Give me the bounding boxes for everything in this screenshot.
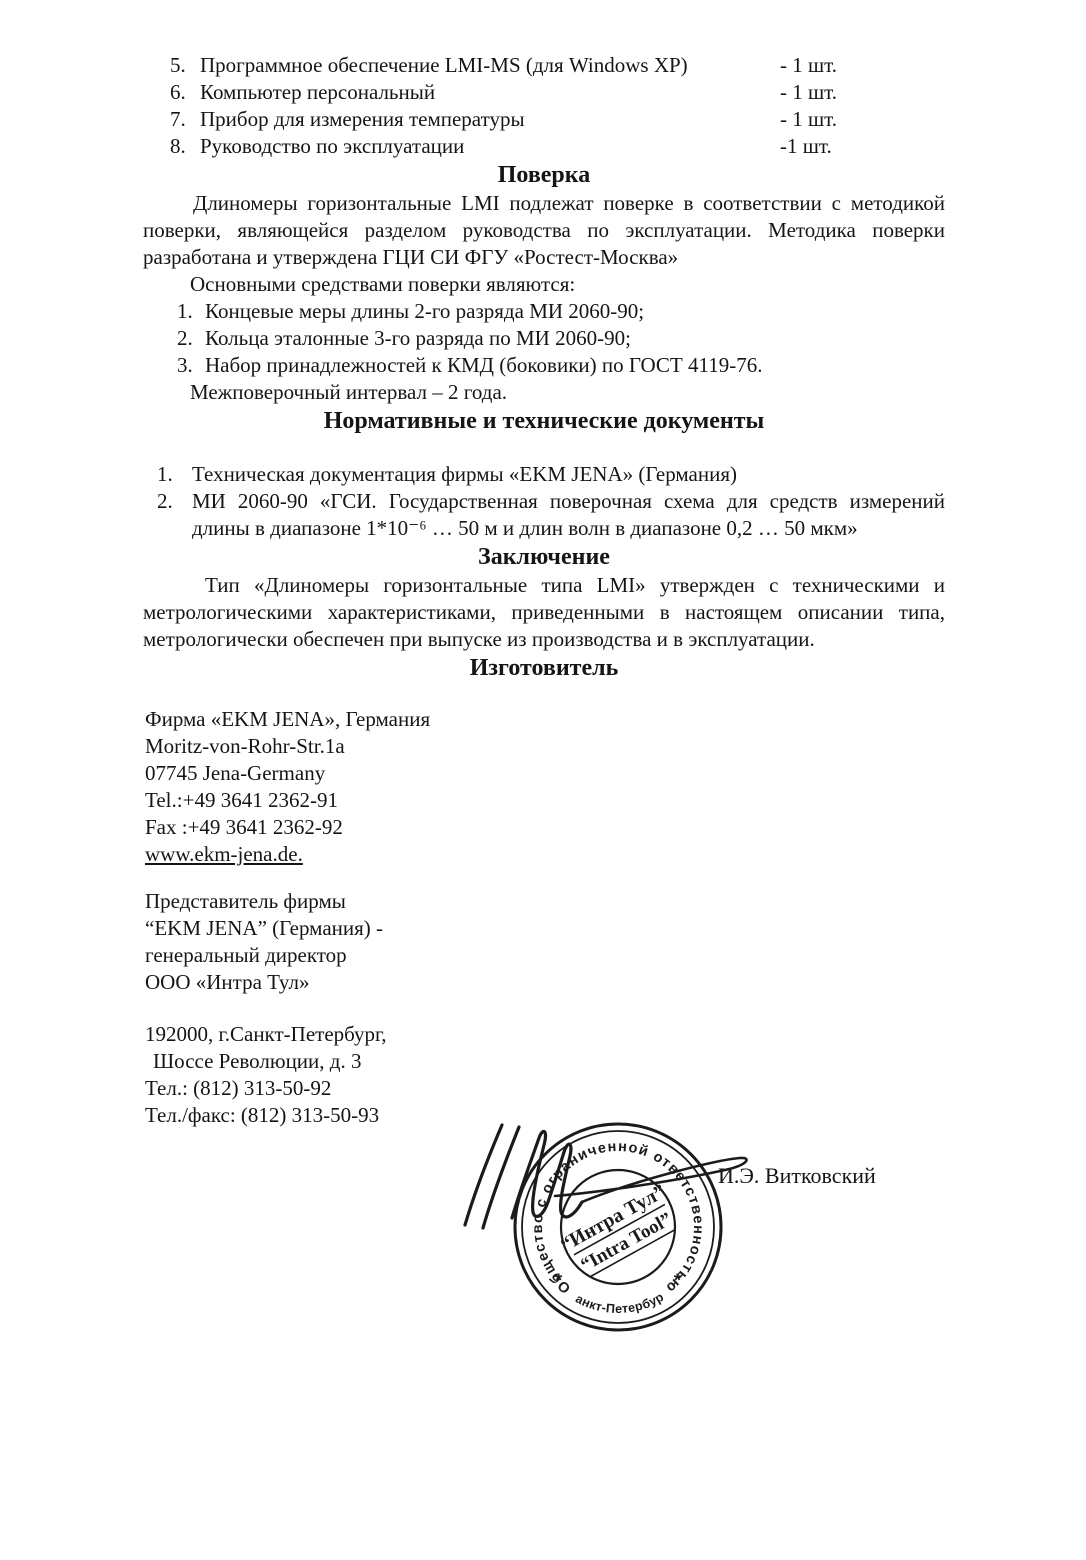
- item-number: 7.: [170, 106, 200, 133]
- section-heading-verification: Поверка: [143, 160, 945, 190]
- item-number: 1.: [177, 298, 205, 325]
- item-text: Техническая документация фирмы «EKM JENA…: [192, 461, 945, 488]
- company-fax: Fax :+49 3641 2362-92: [145, 814, 1086, 841]
- section-heading-normative: Нормативные и технические документы: [143, 406, 945, 436]
- company-stamp-icon: Общество с ограниченной ответственностью…: [440, 1090, 721, 1330]
- representative-block: Представитель фирмы “EKM JENA” (Германия…: [145, 888, 1086, 996]
- verification-paragraph: Длиномеры горизонтальные LMI подлежат по…: [143, 190, 945, 271]
- verification-interval: Межповерочный интервал – 2 года.: [143, 379, 945, 406]
- equipment-item: 5. Программное обеспечение LMI-MS (для W…: [170, 52, 1086, 79]
- company-line: Фирма «EKM JENA», Германия: [145, 706, 1086, 733]
- item-text: МИ 2060-90 «ГСИ. Государственная повероч…: [192, 488, 945, 542]
- item-name: Прибор для измерения температуры: [200, 106, 780, 133]
- item-text: Концевые меры длины 2-го разряда МИ 2060…: [205, 298, 945, 325]
- item-number: 3.: [177, 352, 205, 379]
- item-quantity: -1 шт.: [780, 133, 870, 160]
- item-number: 1.: [157, 461, 192, 488]
- representative-line: “EKM JENA” (Германия) -: [145, 915, 1086, 942]
- representative-line: ООО «Интра Тул»: [145, 969, 1086, 996]
- company-line: Moritz-von-Rohr-Str.1a: [145, 733, 1086, 760]
- item-text: Кольца эталонные 3-го разряда по МИ 2060…: [205, 325, 945, 352]
- list-item: 3. Набор принадлежностей к КМД (боковики…: [177, 352, 945, 379]
- address-line: 192000, г.Санкт-Петербург,: [145, 1021, 1086, 1048]
- item-text: Набор принадлежностей к КМД (боковики) п…: [205, 352, 945, 379]
- stamp-separator-asterisk: *: [555, 1271, 562, 1291]
- normative-list: 1. Техническая документация фирмы «EKM J…: [157, 461, 945, 542]
- section-heading-manufacturer: Изготовитель: [143, 653, 945, 683]
- verification-means-intro: Основными средствами поверки являются:: [143, 271, 945, 298]
- company-phone: Tel.:+49 3641 2362-91: [145, 787, 1086, 814]
- stamp-and-signature: Общество с ограниченной ответственностью…: [440, 1090, 920, 1370]
- list-item: 1. Техническая документация фирмы «EKM J…: [157, 461, 945, 488]
- item-quantity: - 1 шт.: [780, 52, 870, 79]
- item-number: 8.: [170, 133, 200, 160]
- equipment-item: 8. Руководство по эксплуатации -1 шт.: [170, 133, 1086, 160]
- conclusion-paragraph: Тип «Длиномеры горизонтальные типа LMI» …: [143, 572, 945, 653]
- list-item: 2. Кольца эталонные 3-го разряда по МИ 2…: [177, 325, 945, 352]
- representative-line: Представитель фирмы: [145, 888, 1086, 915]
- item-name: Компьютер персональный: [200, 79, 780, 106]
- equipment-list: 5. Программное обеспечение LMI-MS (для W…: [170, 52, 1086, 160]
- item-name: Программное обеспечение LMI-MS (для Wind…: [200, 52, 780, 79]
- manufacturer-address-block: Фирма «EKM JENA», Германия Moritz-von-Ro…: [145, 706, 1086, 868]
- item-number: 2.: [157, 488, 192, 542]
- stamp-separator-asterisk: *: [674, 1271, 681, 1291]
- item-quantity: - 1 шт.: [780, 106, 870, 133]
- section-heading-conclusion: Заключение: [143, 542, 945, 572]
- address-line: Шоссе Революции, д. 3: [145, 1048, 1086, 1075]
- list-item: 1. Концевые меры длины 2-го разряда МИ 2…: [177, 298, 945, 325]
- equipment-item: 6. Компьютер персональный - 1 шт.: [170, 79, 1086, 106]
- company-line: 07745 Jena-Germany: [145, 760, 1086, 787]
- document-page: 5. Программное обеспечение LMI-MS (для W…: [0, 0, 1086, 1560]
- item-name: Руководство по эксплуатации: [200, 133, 780, 160]
- list-item: 2. МИ 2060-90 «ГСИ. Государственная пове…: [157, 488, 945, 542]
- item-number: 6.: [170, 79, 200, 106]
- representative-line: генеральный директор: [145, 942, 1086, 969]
- item-number: 5.: [170, 52, 200, 79]
- company-website: www.ekm-jena.de.: [145, 841, 1086, 868]
- equipment-item: 7. Прибор для измерения температуры - 1 …: [170, 106, 1086, 133]
- item-quantity: - 1 шт.: [780, 79, 870, 106]
- verification-means-list: 1. Концевые меры длины 2-го разряда МИ 2…: [177, 298, 945, 379]
- item-number: 2.: [177, 325, 205, 352]
